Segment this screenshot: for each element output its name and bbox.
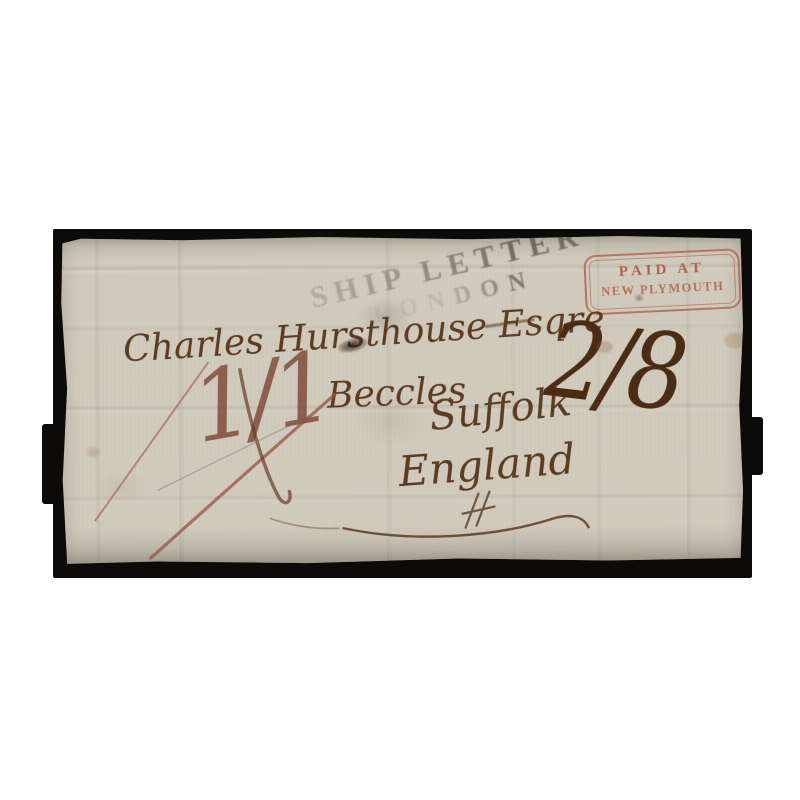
letter-cover-photo: SHIP LETTER LONDON PAID AT NEW PLYMOUTH … [53,229,752,578]
mat-tab-left [42,424,56,504]
rate-marking-paid: 2/8 [540,297,690,435]
paid-at-line2: NEW PLYMOUTH [587,278,740,300]
mat-tab-right [749,417,763,475]
folded-letter-paper: SHIP LETTER LONDON PAID AT NEW PLYMOUTH … [60,235,744,566]
underline-flourish [268,477,598,548]
stain [636,295,643,301]
stain [87,447,99,457]
stain [597,341,613,353]
